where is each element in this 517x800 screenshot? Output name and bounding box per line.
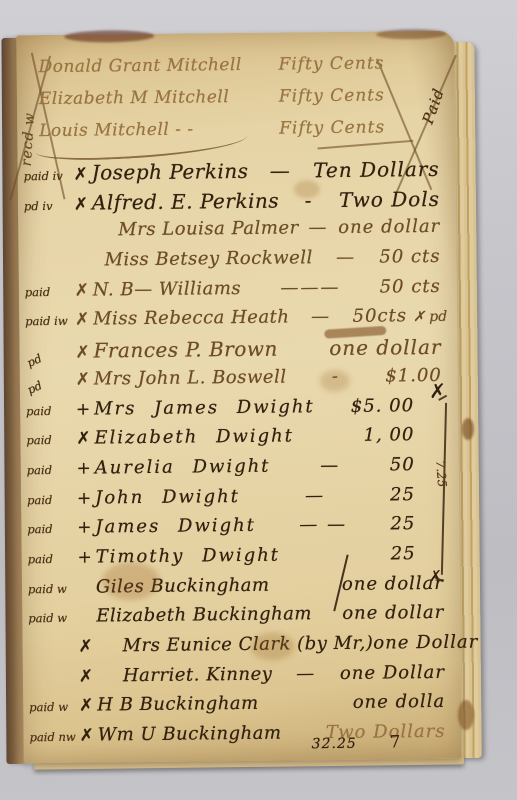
amount: 50cts: [352, 306, 407, 328]
amount: 25: [390, 484, 415, 505]
check-mark: +: [73, 518, 95, 538]
ledger-entry: Donald Grant Mitchell Fifty Cents: [38, 53, 438, 89]
dash-line: [270, 590, 342, 591]
check-mark: ✗: [72, 429, 94, 449]
amount: one dollar: [329, 335, 441, 360]
subscriber-name: John Dwight: [95, 486, 240, 509]
check-mark: +: [73, 488, 95, 508]
margin-note: paid: [28, 552, 74, 566]
margin-note: pd: [25, 365, 73, 397]
dash-line: [278, 355, 329, 356]
subscriber-name: Donald Grant Mitchell: [38, 55, 278, 78]
subscriber-name: H B Buckingham: [97, 693, 259, 716]
subscriber-name: Giles Buckingham: [96, 574, 270, 597]
page-footer: 32.25 7: [24, 731, 462, 758]
amount: one dolla: [353, 691, 446, 713]
check-mark: ✗: [75, 637, 97, 657]
amount: 50: [390, 454, 415, 475]
dash-line: —: [270, 454, 390, 476]
subscriber-name: Harriet. Kinney: [123, 663, 273, 686]
subscriber-name: Elizabeth Buckingham: [96, 604, 312, 627]
ledger-entry: paid iw ✗ Miss Rebecca Heath — 50cts ✗ p…: [25, 305, 447, 339]
subscriber-name: Mrs John L. Boswell: [94, 366, 287, 389]
subscriber-name: Alfred. E. Perkins: [92, 188, 279, 214]
dash-line: —: [240, 484, 390, 507]
dash-line: [259, 708, 353, 709]
amount: Fifty Cents: [278, 53, 418, 74]
margin-note: paid w: [29, 700, 75, 714]
ledger-entry: Miss Betsey Rockwell — 50 cts: [24, 246, 446, 280]
ledger-entry: paid + James Dwight — — 25: [27, 513, 449, 547]
amount: 1, 00: [363, 424, 414, 446]
ledger-entry: paid + Aurelia Dwight — 50: [27, 454, 449, 488]
amount: Fifty Cents: [279, 85, 419, 106]
ledger-entry: Mrs Louisa Palmer — one dollar: [24, 216, 446, 250]
subscriber-name: Timothy Dwight: [96, 545, 281, 568]
margin-note: paid iv: [24, 169, 70, 183]
ledger-page: recd w Paid Donald Grant Mitchell Fifty …: [16, 31, 462, 764]
subscriber-name: Louis Mitchell - -: [39, 119, 279, 142]
x-mark: ✗: [429, 567, 442, 585]
margin-note: paid iw: [25, 314, 71, 328]
subscriber-name: Frances P. Brown: [93, 337, 278, 363]
dash-line: [294, 441, 364, 442]
dash-line: —: [289, 306, 352, 328]
check-mark: +: [72, 399, 94, 419]
subscription-list: paid iv ✗ Joseph Perkins — Ten Dollars p…: [24, 157, 452, 755]
ledger-entry: paid ✗ N. B— Williams ——— 50 cts: [25, 276, 447, 310]
ledger-entry: paid ✗ Elizabeth Dwight 1, 00: [26, 424, 448, 458]
subscriber-name: Miss Rebecca Heath: [93, 307, 290, 330]
margin-note: paid: [26, 433, 72, 447]
dash-line: [280, 559, 391, 560]
subscriber-name: Aurelia Dwight: [95, 456, 271, 479]
ledger-entry: Elizabeth M Mitchell Fifty Cents: [39, 85, 439, 121]
check-mark: ✗: [70, 165, 92, 185]
dash-line: —: [299, 217, 339, 238]
subscriber-name: Miss Betsey Rockwell: [104, 247, 312, 270]
check-mark: +: [73, 458, 95, 478]
dash-line: — —: [256, 514, 391, 536]
amount: 50 cts: [379, 246, 440, 268]
ledger-entry: paid + Mrs James Dwight $5. 00: [26, 394, 448, 428]
subscriber-name: Mrs Louisa Palmer: [118, 218, 299, 241]
photo-background: recd w Paid Donald Grant Mitchell Fifty …: [0, 0, 517, 800]
ledger-entry: pd iv ✗ Alfred. E. Perkins - Two Dols: [24, 187, 446, 221]
ledger-entry: paid w ✗ H B Buckingham one dolla: [29, 691, 451, 725]
margin-note: paid w: [28, 581, 74, 595]
subscriber-name: N. B— Williams: [93, 278, 241, 301]
margin-note: paid: [27, 522, 73, 536]
check-mark: ✗: [71, 343, 93, 363]
column-total: 32.25: [312, 736, 357, 752]
dwight-subtotal: 7.25: [433, 460, 449, 488]
ledger-entry: ✗ Harriet. Kinney — one Dollar: [29, 661, 451, 695]
amount: 50 cts: [380, 276, 441, 298]
ledger-entry: paid iv ✗ Joseph Perkins — Ten Dollars: [24, 157, 446, 191]
subscriber-name: James Dwight: [95, 515, 256, 538]
ledger-entry: paid w Giles Buckingham one dollar: [28, 572, 450, 606]
subscriber-name: Joseph Perkins: [92, 159, 249, 185]
ledger-entry: ✗ Mrs Eunice Clark (by Mr,) — one Dollar: [28, 632, 450, 666]
amount: 25: [390, 513, 415, 534]
dash-line: -: [286, 365, 385, 387]
stain: [376, 29, 446, 40]
ledger-entry: pd ✗ Frances P. Brown one dollar: [25, 335, 447, 369]
ledger-entry: paid w Elizabeth Buckingham one dollar: [28, 602, 450, 636]
subscriber-name: Elizabeth Dwight: [94, 426, 294, 449]
amount: one dollar: [338, 216, 440, 238]
ledger-entry: pd ✗ Mrs John L. Boswell - $1.00: [26, 365, 448, 399]
margin-note: paid: [27, 463, 73, 477]
check-mark: ✗: [71, 310, 93, 330]
stain: [64, 30, 154, 43]
margin-note: paid: [26, 403, 72, 417]
amount: one Dollar: [373, 632, 478, 654]
margin-note: pd iv: [24, 198, 70, 212]
check-mark: +: [74, 547, 96, 567]
margin-note: paid: [25, 285, 71, 299]
dash-line: —: [248, 158, 313, 183]
margin-note: paid: [27, 492, 73, 506]
margin-note: paid w: [28, 611, 74, 625]
ledger-entry: paid + John Dwight — 25: [27, 483, 449, 517]
paid-note: ✗ pd: [413, 309, 447, 325]
amount: $5. 00: [351, 395, 414, 417]
check-mark: ✗: [72, 369, 94, 389]
amount: Two Dols: [339, 187, 440, 212]
subscriber-name: Mrs James Dwight: [94, 396, 315, 419]
subscriber-name: Elizabeth M Mitchell: [39, 87, 279, 110]
dash-line: -: [279, 188, 339, 213]
check-mark: ✗: [75, 696, 97, 716]
amount: one Dollar: [340, 662, 445, 684]
ledger-entry: paid + Timothy Dwight 25: [28, 543, 450, 577]
check-mark: ✗: [75, 666, 97, 686]
check-mark: ✗: [71, 280, 93, 300]
amount: Ten Dollars: [313, 157, 440, 182]
amount: 25: [391, 543, 416, 564]
dash-line: —: [272, 663, 340, 685]
page-number: 7: [390, 732, 401, 752]
amount: Fifty Cents: [279, 117, 419, 138]
subscriber-name: Mrs Eunice Clark (by Mr,): [122, 633, 373, 657]
check-mark: ✗: [70, 194, 92, 214]
ledger-entry: Louis Mitchell - - Fifty Cents: [39, 117, 439, 153]
amount: one dollar: [342, 602, 444, 624]
dash-line: —: [313, 247, 380, 269]
dash-line: ———: [241, 276, 380, 298]
mitchell-group: Donald Grant Mitchell Fifty Cents Elizab…: [38, 53, 439, 153]
